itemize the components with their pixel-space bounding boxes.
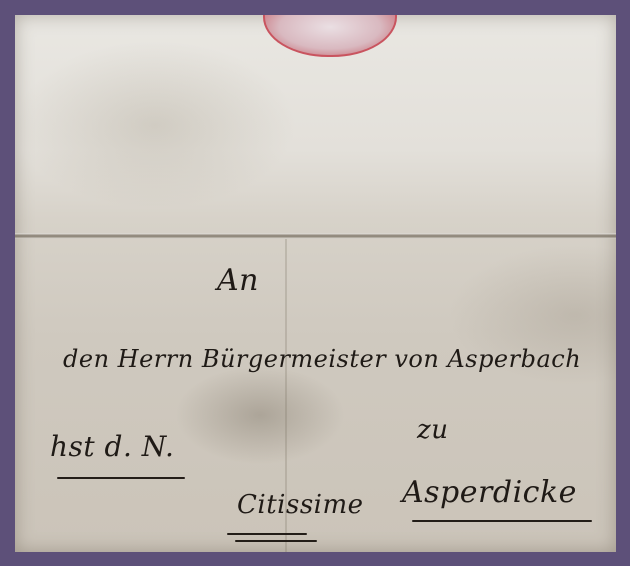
wax-seal — [263, 15, 397, 57]
left-note: hst d. N. — [50, 430, 174, 463]
horizontal-fold-crease — [15, 233, 616, 239]
destination-underline — [412, 520, 592, 522]
purple-frame: An den Herrn Bürgermeister von Asperbach… — [0, 0, 630, 566]
citissime-underline-2 — [235, 540, 317, 542]
destination-text: Asperdicke — [402, 475, 577, 510]
salutation-text: An — [217, 263, 259, 298]
recipient-line: den Herrn Bürgermeister von Asperbach — [63, 345, 581, 373]
preposition-text: zu — [417, 415, 448, 445]
letter-paper: An den Herrn Bürgermeister von Asperbach… — [15, 15, 616, 552]
left-note-underline — [57, 477, 185, 479]
citissime-text: Citissime — [237, 490, 364, 520]
citissime-underline-1 — [227, 533, 307, 535]
